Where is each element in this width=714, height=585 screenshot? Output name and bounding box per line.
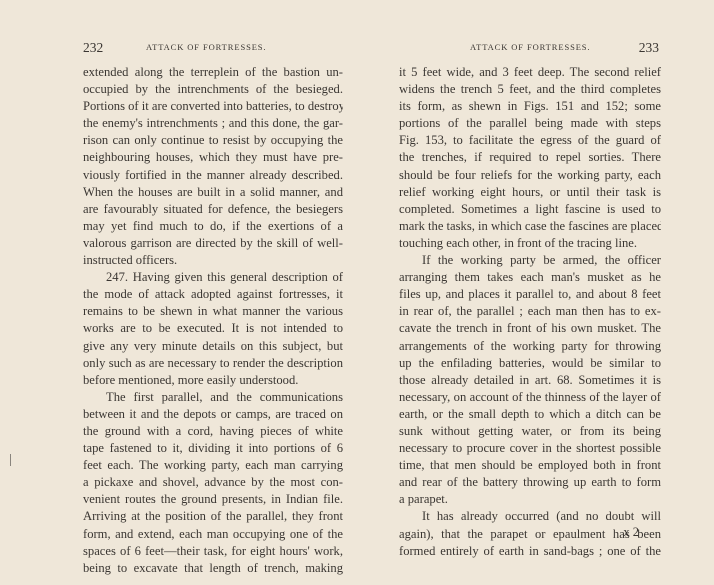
text-line: relief working eight hours, or until the… — [399, 184, 661, 201]
text-line: necessary, on account of the thinness of… — [399, 389, 661, 406]
text-line: When the houses are built in a solid man… — [83, 184, 343, 201]
text-line: time, that men should be employed both i… — [399, 457, 661, 474]
text-line: it 5 feet wide, and 3 feet deep. The sec… — [399, 64, 661, 81]
text-line: its form, as shewn in Figs. 151 and 152;… — [399, 98, 661, 115]
text-line: tape fastened to it, dividing it into po… — [83, 440, 343, 457]
paragraph-start: If the working party be armed, the offic… — [399, 252, 661, 269]
text-line: the enemy's intrenchments ; and this don… — [83, 115, 343, 132]
paragraph-start: It has already occurred (and no doubt wi… — [399, 508, 661, 525]
running-head: ATTACK OF FORTRESSES. 233 — [399, 40, 661, 56]
text-line: mark the tasks, in which case the fascin… — [399, 218, 661, 235]
running-head-title: ATTACK OF FORTRESSES. — [146, 42, 266, 52]
body-text: extended along the terreplein of the bas… — [83, 64, 343, 577]
text-line: the mode of attack adopted against fortr… — [83, 286, 343, 303]
text-line: formed entirely of earth in sand-bags ; … — [399, 543, 661, 560]
text-line: before mentioned, more easily understood… — [83, 372, 343, 389]
text-line: may yet find much to do, if the exertion… — [83, 218, 343, 235]
text-line: a pickaxe and shovel, advance by the mos… — [83, 474, 343, 491]
text-line: occupied by the intrenchments of the bes… — [83, 81, 343, 98]
text-line: spaces of 6 feet—their task, for eight h… — [83, 543, 343, 560]
text-line: viously fortified in the manner already … — [83, 167, 343, 184]
text-line: should be four reliefs for the working p… — [399, 167, 661, 184]
paragraph-start: The first parallel, and the communicatio… — [83, 389, 343, 406]
running-head-title: ATTACK OF FORTRESSES. — [470, 42, 590, 52]
text-line: are favourably situated for defence, the… — [83, 201, 343, 218]
text-line: the trenches, if required to repel sorti… — [399, 149, 661, 166]
text-line: arranging them takes each man's musket a… — [399, 269, 661, 286]
text-line: touching each other, in front of the tra… — [399, 235, 661, 252]
text-line: completed. Sometimes a light fascine is … — [399, 201, 661, 218]
page-number: 232 — [83, 40, 103, 56]
text-line: only such as are necessary to render the… — [83, 355, 343, 372]
text-line: valorous garrison are directed by the sk… — [83, 235, 343, 252]
text-line: those already detailed in art. 68. Somet… — [399, 372, 661, 389]
text-line: feet each. The working party, each man c… — [83, 457, 343, 474]
text-line: form, and extend, each man occupying one… — [83, 526, 343, 543]
running-head: 232 ATTACK OF FORTRESSES. — [83, 40, 343, 56]
text-line: works are to be executed. It is not inte… — [83, 320, 343, 337]
paragraph-start-247: 247. Having given this general descripti… — [83, 269, 343, 286]
text-line: Arriving at the position of the parallel… — [83, 508, 343, 525]
text-line: extended along the terreplein of the bas… — [83, 64, 343, 81]
text-line: necessary to procure cover in the shorte… — [399, 440, 661, 457]
text-line: up the enfilading batteries, would be si… — [399, 355, 661, 372]
text-line: widens the trench 5 feet, and the third … — [399, 81, 661, 98]
text-line: again), that the parapet or epaulment ha… — [399, 526, 661, 543]
text-line: venient routes the ground presents, in I… — [83, 491, 343, 508]
text-line: between it and the depots or camps, are … — [83, 406, 343, 423]
text-line: arrangements of the working party for th… — [399, 338, 661, 355]
text-line: cavate the trench in front of his own mu… — [399, 320, 661, 337]
text-line: files up, and places it parallel to, and… — [399, 286, 661, 303]
text-line: instructed officers. — [83, 252, 343, 269]
text-line: rison can only continue to resist by occ… — [83, 132, 343, 149]
text-line: portions of the parallel being made with… — [399, 115, 661, 132]
text-line: Fig. 153, to facilitate the egress of th… — [399, 132, 661, 149]
text-line: sunk without getting water, or from its … — [399, 423, 661, 440]
margin-mark — [10, 454, 11, 466]
text-line: neighbouring houses, which they must hav… — [83, 149, 343, 166]
text-line: give any very minute details on this sub… — [83, 338, 343, 355]
text-line: in rear of, the parallel ; each man then… — [399, 303, 661, 320]
text-line: Portions of it are converted into batter… — [83, 98, 343, 115]
text-line: being to excavate that length of trench,… — [83, 560, 343, 577]
text-line: and rear of the battery throwing up eart… — [399, 474, 661, 491]
text-line: the ground with a cord, having pieces of… — [83, 423, 343, 440]
text-line: a parapet. — [399, 491, 661, 508]
text-line: remains to be shewn in what manner the v… — [83, 303, 343, 320]
page-number: 233 — [639, 40, 659, 56]
body-text: it 5 feet wide, and 3 feet deep. The sec… — [399, 64, 661, 560]
signature-mark: x 2 — [623, 525, 639, 540]
text-line: earth, or the small depth to which a dit… — [399, 406, 661, 423]
